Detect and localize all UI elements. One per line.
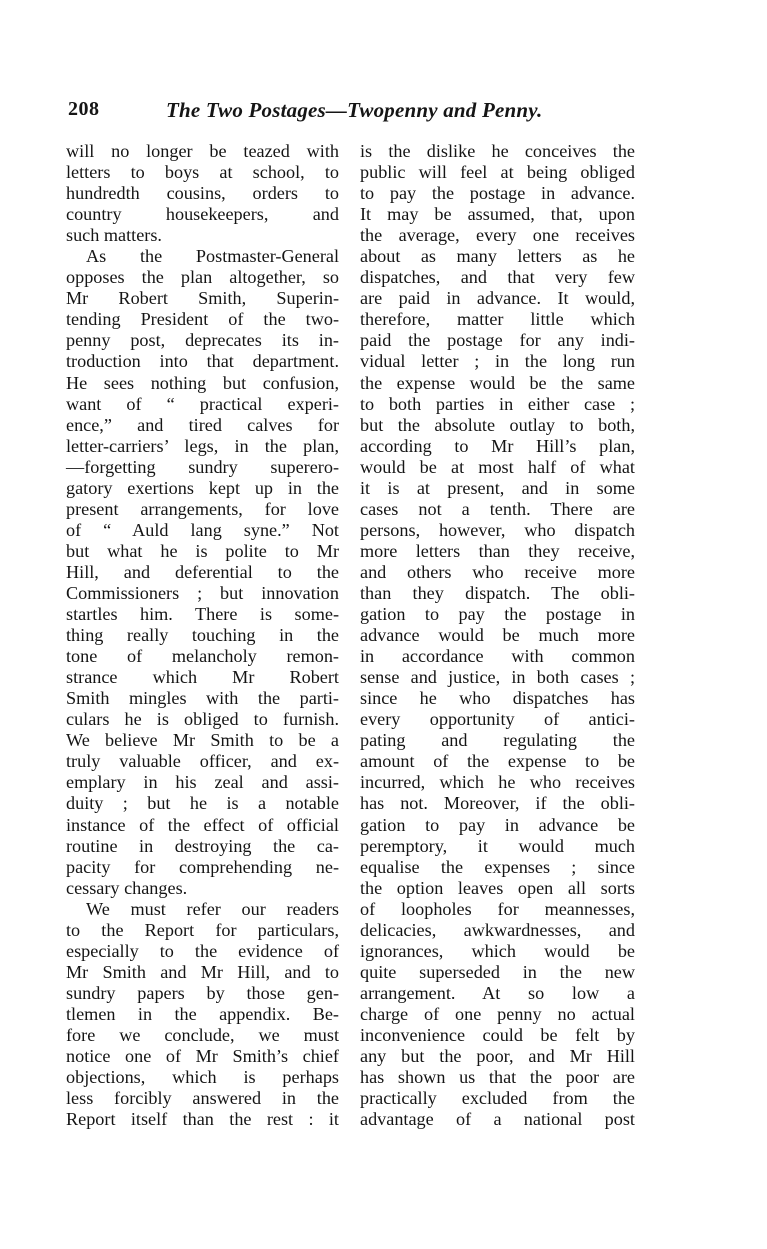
- text-line: He sees nothing but confusion,: [66, 373, 339, 394]
- text-line: dispatches, and that very few: [360, 267, 635, 288]
- text-line: delicacies, awkwardnesses, and: [360, 920, 635, 941]
- right-text-column: is the dislike he conceives thepublic wi…: [360, 141, 635, 1130]
- page-number: 208: [68, 98, 100, 121]
- text-line: emplary in his zeal and assi-: [66, 772, 339, 793]
- text-line: fore we conclude, we must: [66, 1025, 339, 1046]
- text-line: opposes the plan altogether, so: [66, 267, 339, 288]
- text-line: tone of melancholy remon-: [66, 646, 339, 667]
- text-line: —forgetting sundry superero-: [66, 457, 339, 478]
- text-line: therefore, matter little which: [360, 309, 635, 330]
- text-line: to pay the postage in advance.: [360, 183, 635, 204]
- text-line: want of “ practical experi-: [66, 394, 339, 415]
- text-line: than they dispatch. The obli-: [360, 583, 635, 604]
- text-line: ignorances, which would be: [360, 941, 635, 962]
- text-line: more letters than they receive,: [360, 541, 635, 562]
- text-line: truly valuable officer, and ex-: [66, 751, 339, 772]
- text-line: charge of one penny no actual: [360, 1004, 635, 1025]
- text-line: culars he is obliged to furnish.: [66, 709, 339, 730]
- text-line: every opportunity of antici-: [360, 709, 635, 730]
- text-line: but the absolute outlay to both,: [360, 415, 635, 436]
- text-line: has shown us that the poor are: [360, 1067, 635, 1088]
- text-line: tending President of the two-: [66, 309, 339, 330]
- text-line: are paid in advance. It would,: [360, 288, 635, 309]
- text-line: cases not a tenth. There are: [360, 499, 635, 520]
- text-line: equalise the expenses ; since: [360, 857, 635, 878]
- text-line: of “ Auld lang syne.” Not: [66, 520, 339, 541]
- text-line: startles him. There is some-: [66, 604, 339, 625]
- text-line: We must refer our readers: [66, 899, 339, 920]
- text-line: quite superseded in the new: [360, 962, 635, 983]
- text-line: arrangement. At so low a: [360, 983, 635, 1004]
- text-line: cessary changes.: [66, 878, 339, 899]
- text-line: according to Mr Hill’s plan,: [360, 436, 635, 457]
- text-line: is the dislike he conceives the: [360, 141, 635, 162]
- text-line: to both parties in either case ;: [360, 394, 635, 415]
- text-line: penny post, deprecates its in-: [66, 330, 339, 351]
- text-line: letters to boys at school, to: [66, 162, 339, 183]
- text-line: public will feel at being obliged: [360, 162, 635, 183]
- text-line: pating and regulating the: [360, 730, 635, 751]
- book-page: 208 The Two Postages—Twopenny and Penny.…: [0, 0, 767, 1249]
- text-line: ence,” and tired calves for: [66, 415, 339, 436]
- text-line: As the Postmaster-General: [66, 246, 339, 267]
- text-line: strance which Mr Robert: [66, 667, 339, 688]
- text-line: Mr Smith and Mr Hill, and to: [66, 962, 339, 983]
- text-line: thing really touching in the: [66, 625, 339, 646]
- text-line: such matters.: [66, 225, 339, 246]
- text-line: Smith mingles with the parti-: [66, 688, 339, 709]
- text-line: gatory exertions kept up in the: [66, 478, 339, 499]
- text-line: the expense would be the same: [360, 373, 635, 394]
- text-line: Report itself than the rest : it: [66, 1109, 339, 1130]
- left-text-column: will no longer be teazed withletters to …: [66, 141, 339, 1130]
- text-line: gation to pay the postage in: [360, 604, 635, 625]
- text-line: present arrangements, for love: [66, 499, 339, 520]
- text-line: peremptory, it would much: [360, 836, 635, 857]
- text-line: sundry papers by those gen-: [66, 983, 339, 1004]
- text-line: letter-carriers’ legs, in the plan,: [66, 436, 339, 457]
- text-line: has not. Moreover, if the obli-: [360, 793, 635, 814]
- page-header: 208 The Two Postages—Twopenny and Penny.: [68, 98, 638, 126]
- text-line: tlemen in the appendix. Be-: [66, 1004, 339, 1025]
- text-line: it is at present, and in some: [360, 478, 635, 499]
- text-line: and others who receive more: [360, 562, 635, 583]
- text-line: less forcibly answered in the: [66, 1088, 339, 1109]
- text-line: the option leaves open all sorts: [360, 878, 635, 899]
- text-line: advance would be much more: [360, 625, 635, 646]
- text-line: the average, every one receives: [360, 225, 635, 246]
- text-line: hundredth cousins, orders to: [66, 183, 339, 204]
- text-line: pacity for comprehending ne-: [66, 857, 339, 878]
- text-line: country housekeepers, and: [66, 204, 339, 225]
- text-line: inconvenience could be felt by: [360, 1025, 635, 1046]
- text-line: persons, however, who dispatch: [360, 520, 635, 541]
- text-line: We believe Mr Smith to be a: [66, 730, 339, 751]
- running-title: The Two Postages—Twopenny and Penny.: [166, 98, 542, 123]
- text-line: Mr Robert Smith, Superin-: [66, 288, 339, 309]
- text-line: especially to the evidence of: [66, 941, 339, 962]
- text-line: incurred, which he who receives: [360, 772, 635, 793]
- text-line: Commissioners ; but innovation: [66, 583, 339, 604]
- text-line: paid the postage for any indi-: [360, 330, 635, 351]
- text-line: vidual letter ; in the long run: [360, 351, 635, 372]
- text-line: since he who dispatches has: [360, 688, 635, 709]
- text-line: instance of the effect of official: [66, 815, 339, 836]
- text-line: to the Report for particulars,: [66, 920, 339, 941]
- text-line: but what he is polite to Mr: [66, 541, 339, 562]
- text-line: will no longer be teazed with: [66, 141, 339, 162]
- text-line: about as many letters as he: [360, 246, 635, 267]
- text-line: in accordance with common: [360, 646, 635, 667]
- text-line: troduction into that department.: [66, 351, 339, 372]
- text-line: any but the poor, and Mr Hill: [360, 1046, 635, 1067]
- text-line: practically excluded from the: [360, 1088, 635, 1109]
- text-line: It may be assumed, that, upon: [360, 204, 635, 225]
- text-line: gation to pay in advance be: [360, 815, 635, 836]
- text-line: Hill, and deferential to the: [66, 562, 339, 583]
- text-line: duity ; but he is a notable: [66, 793, 339, 814]
- text-line: advantage of a national post: [360, 1109, 635, 1130]
- text-line: objections, which is perhaps: [66, 1067, 339, 1088]
- text-line: amount of the expense to be: [360, 751, 635, 772]
- text-line: of loopholes for meannesses,: [360, 899, 635, 920]
- text-line: would be at most half of what: [360, 457, 635, 478]
- text-line: notice one of Mr Smith’s chief: [66, 1046, 339, 1067]
- text-line: sense and justice, in both cases ;: [360, 667, 635, 688]
- text-line: routine in destroying the ca-: [66, 836, 339, 857]
